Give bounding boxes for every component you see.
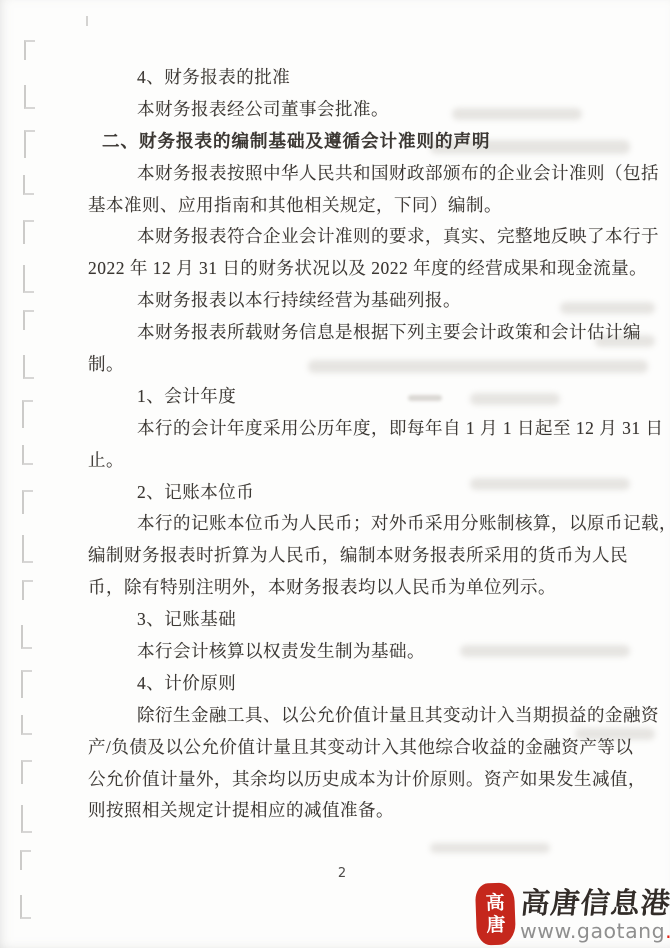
text-line: 制。 bbox=[88, 349, 608, 381]
page-number: 2 bbox=[0, 866, 670, 881]
text-line: 本财务报表按照中华人民共和国财政部颁布的企业会计准则（包括 bbox=[88, 158, 608, 190]
binding-mark-artifact bbox=[23, 265, 34, 293]
site-watermark: 高 唐 高唐信息港 www.gaotang.cc bbox=[476, 881, 670, 948]
text-line: 本行会计核算以权责发生制为基础。 bbox=[88, 636, 608, 668]
text-line: 编制财务报表时折算为人民币，编制本财务报表所采用的货币为人民 bbox=[88, 540, 608, 572]
binding-mark-artifact bbox=[22, 580, 33, 600]
binding-mark-artifact bbox=[21, 670, 32, 698]
text-line: 产/负债及以公允价值计量且其变动计入其他综合收益的金融资产等以 bbox=[88, 732, 608, 764]
gaotang-seal-logo: 高 唐 bbox=[475, 882, 516, 945]
text-line: 2022 年 12 月 31 日的财务状况以及 2022 年度的经营成果和现金流… bbox=[88, 253, 608, 285]
text-line: 公允价值计量外，其余均以历史成本为计价原则。资产如果发生减值， bbox=[88, 764, 608, 796]
binding-mark-artifact bbox=[22, 400, 33, 428]
binding-mark-artifact bbox=[22, 490, 33, 514]
text-line: 本财务报表符合企业会计准则的要求，真实、完整地反映了本行于 bbox=[88, 221, 608, 253]
scan-artifact-dash bbox=[86, 16, 88, 26]
site-url: www.gaotang.cc bbox=[520, 919, 670, 943]
text-line: 币，除有特别注明外，本财务报表均以人民币为单位列示。 bbox=[88, 572, 608, 604]
seal-char-top: 高 bbox=[485, 892, 505, 914]
url-main-part: www.gaotang bbox=[520, 919, 665, 943]
seal-char-bottom: 唐 bbox=[486, 914, 506, 936]
binding-mark-artifact bbox=[22, 445, 33, 465]
binding-mark-artifact bbox=[20, 895, 31, 919]
text-line: 本财务报表所载财务信息是根据下列主要会计政策和会计估计编 bbox=[88, 317, 608, 349]
binding-mark-artifact bbox=[24, 40, 35, 60]
text-line: 本财务报表经公司董事会批准。 bbox=[88, 94, 608, 126]
binding-mark-artifact bbox=[23, 310, 34, 330]
text-line: 2、记账本位币 bbox=[88, 477, 608, 509]
text-line: 本行的记账本位币为人民币；对外币采用分账制核算，以原币记载， bbox=[88, 508, 608, 540]
text-line: 4、计价原则 bbox=[88, 668, 608, 700]
binding-mark-artifact bbox=[24, 85, 35, 109]
text-line: 本行的会计年度采用公历年度，即每年自 1 月 1 日起至 12 月 31 日 bbox=[88, 413, 608, 445]
text-line: 二、财务报表的编制基础及遵循会计准则的声明 bbox=[88, 126, 608, 158]
scanned-document-page: 4、财务报表的批准本财务报表经公司董事会批准。二、财务报表的编制基础及遵循会计准… bbox=[0, 0, 670, 948]
binding-mark-artifact bbox=[23, 175, 34, 195]
brand-name: 高唐信息港 bbox=[519, 881, 670, 922]
binding-mark-artifact bbox=[21, 715, 32, 735]
text-line: 基本准则、应用指南和其他相关规定，下同）编制。 bbox=[88, 190, 608, 222]
binding-mark-artifact bbox=[21, 625, 32, 649]
text-line: 3、记账基础 bbox=[88, 604, 608, 636]
text-line: 本财务报表以本行持续经营为基础列报。 bbox=[88, 285, 608, 317]
binding-mark-artifact bbox=[21, 760, 32, 784]
binding-mark-artifact bbox=[21, 805, 32, 833]
url-suffix-part: .cc bbox=[665, 919, 670, 943]
text-line: 止。 bbox=[88, 445, 608, 477]
text-line: 4、财务报表的批准 bbox=[88, 62, 608, 94]
text-line: 除衍生金融工具、以公允价值计量且其变动计入当期损益的金融资 bbox=[88, 700, 608, 732]
binding-mark-artifact bbox=[22, 535, 33, 563]
text-line: 则按照相关规定计提相应的减值准备。 bbox=[88, 795, 608, 827]
binding-mark-artifact bbox=[23, 220, 34, 244]
binding-mark-artifact bbox=[23, 355, 34, 379]
binding-mark-artifact bbox=[24, 130, 35, 158]
document-lines: 4、财务报表的批准本财务报表经公司董事会批准。二、财务报表的编制基础及遵循会计准… bbox=[88, 62, 608, 827]
text-line: 1、会计年度 bbox=[88, 381, 608, 413]
bleedthrough-artifact bbox=[430, 843, 550, 853]
